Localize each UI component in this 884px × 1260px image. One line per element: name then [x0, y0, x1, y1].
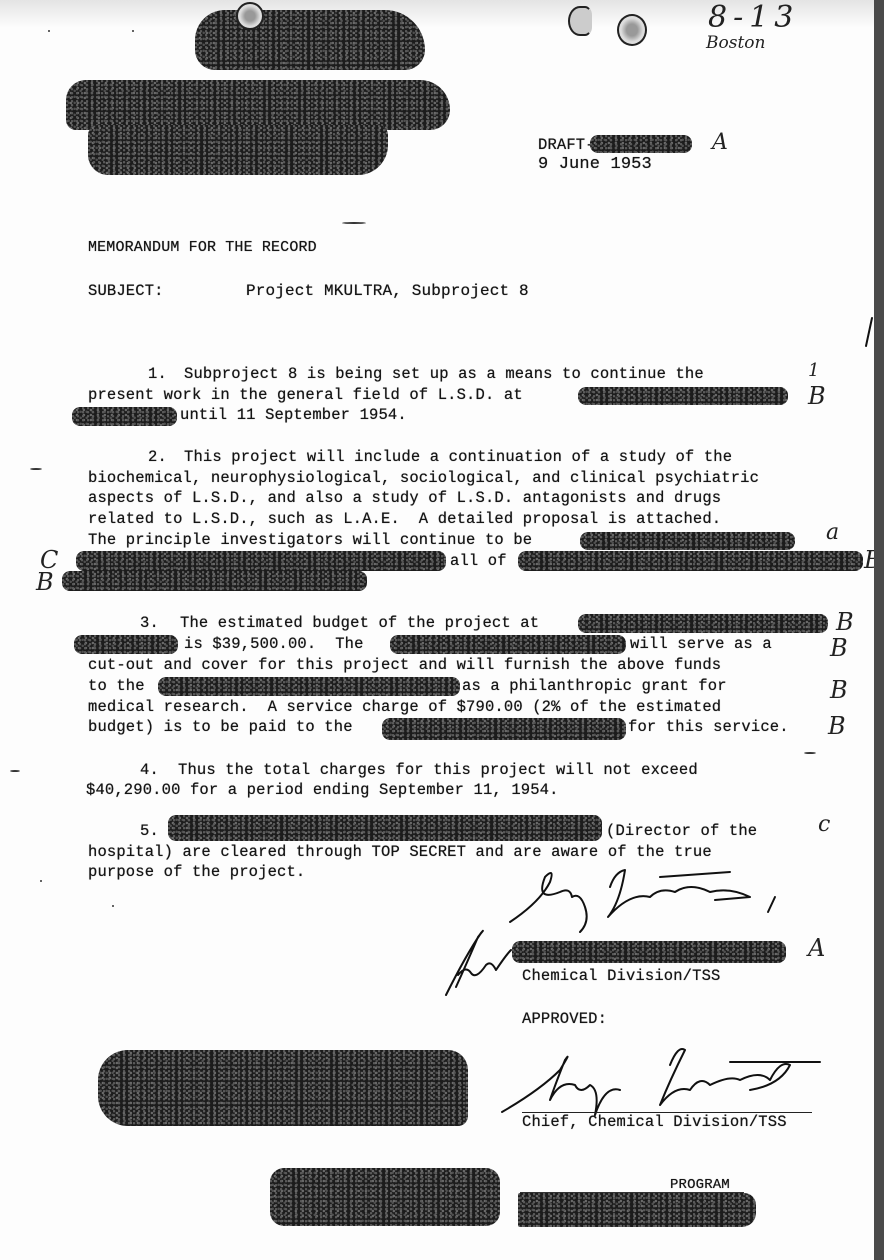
margin-code: 1 — [808, 360, 819, 381]
redaction — [390, 635, 626, 654]
signature — [500, 862, 800, 942]
para-number: 4. — [140, 760, 159, 781]
para-line: as a philanthropic grant for — [462, 676, 727, 697]
scan-border — [874, 0, 884, 1260]
para-line: to the — [88, 676, 145, 697]
handwritten-file-ref: 8-13 — [708, 0, 799, 35]
approved-label: APPROVED: — [522, 1009, 607, 1030]
redaction — [76, 551, 446, 571]
redaction — [72, 407, 177, 426]
scan-speck — [10, 770, 20, 772]
para-number: 1. — [148, 364, 167, 385]
redaction — [62, 571, 367, 591]
para-line: hospital) are cleared through TOP SECRET… — [88, 842, 712, 863]
margin-code: B — [830, 676, 848, 704]
margin-code: A — [808, 934, 825, 962]
para-line: purpose of the project. — [88, 862, 305, 883]
punch-hole-icon — [568, 6, 592, 36]
margin-mark — [864, 316, 874, 356]
scan-speck — [30, 468, 42, 470]
redaction-draft — [590, 135, 692, 153]
para-number: 5. — [140, 821, 159, 842]
margin-code: B — [808, 382, 826, 410]
para-line: (Director of the — [606, 821, 757, 842]
redaction — [382, 718, 626, 740]
punch-hole-icon — [236, 2, 264, 30]
redaction-letterhead — [66, 80, 450, 130]
margin-code: B — [830, 634, 848, 662]
para-line: medical research. A service charge of $7… — [88, 697, 721, 718]
para-line: until 11 September 1954. — [180, 405, 407, 426]
signature-for-mark — [436, 925, 516, 1005]
margin-code: B — [36, 568, 54, 596]
margin-code: B — [836, 608, 854, 636]
scan-speck — [48, 30, 50, 32]
memo-title: MEMORANDUM FOR THE RECORD — [88, 238, 317, 259]
para-line: Thus the total charges for this project … — [178, 760, 698, 781]
signer-division: Chemical Division/TSS — [522, 966, 720, 987]
redaction-program — [518, 1193, 756, 1227]
para-line: aspects of L.S.D., and also a study of L… — [88, 488, 721, 509]
draft-label: DRAFT- — [538, 135, 595, 156]
handwritten-location: Boston — [706, 33, 765, 53]
para-line: will serve as a — [630, 634, 772, 655]
para-line: for this service. — [628, 717, 789, 738]
memo-date: 9 June 1953 — [538, 155, 652, 176]
memo-page: 8-13 Boston DRAFT- A 9 June 1953 MEMORAN… — [0, 0, 874, 1260]
scan-speck — [132, 30, 134, 32]
redaction — [580, 532, 795, 550]
margin-code: A — [712, 130, 728, 155]
scan-speck — [440, 122, 442, 124]
margin-code: c — [818, 812, 830, 837]
scan-speck — [40, 880, 42, 882]
para-number: 2. — [148, 447, 167, 468]
para-line: budget) is to be paid to the — [88, 717, 353, 738]
approval-signature — [500, 1040, 830, 1120]
margin-code: B — [828, 712, 846, 740]
scan-speck — [804, 752, 816, 754]
scan-speck — [342, 222, 366, 224]
para-line: The principle investigators will continu… — [88, 530, 532, 551]
punch-hole-icon — [617, 14, 647, 46]
redaction — [74, 635, 178, 654]
para-number: 3. — [140, 613, 159, 634]
redaction — [168, 815, 602, 841]
para-line: related to L.S.D., such as L.A.E. A deta… — [88, 509, 721, 530]
para-line: biochemical, neurophysiological, sociolo… — [88, 468, 759, 489]
redaction-block — [98, 1050, 468, 1126]
para-line: Subproject 8 is being set up as a means … — [184, 364, 704, 385]
redaction-block — [270, 1168, 500, 1226]
redaction — [158, 677, 460, 696]
subject-value: Project MKULTRA, Subproject 8 — [246, 281, 529, 302]
subject-label: SUBJECT: — [88, 281, 164, 302]
redaction-signer — [512, 941, 786, 963]
redaction-letterhead — [88, 125, 388, 175]
para-line: is $39,500.00. The — [184, 634, 364, 655]
para-line: present work in the general field of L.S… — [88, 385, 523, 406]
margin-code: a — [826, 520, 839, 545]
redaction-letterhead — [195, 10, 425, 70]
redaction — [578, 614, 828, 633]
para-line: $40,290.00 for a period ending September… — [86, 780, 559, 801]
para-line: The estimated budget of the project at — [180, 613, 539, 634]
redaction — [518, 551, 863, 571]
approver-title: Chief, Chemical Division/TSS — [522, 1112, 787, 1133]
scan-speck — [112, 905, 114, 907]
redaction — [578, 387, 788, 405]
para-line: cut-out and cover for this project and w… — [88, 655, 721, 676]
para-line: This project will include a continuation… — [184, 447, 732, 468]
para-line: all of — [450, 551, 507, 572]
